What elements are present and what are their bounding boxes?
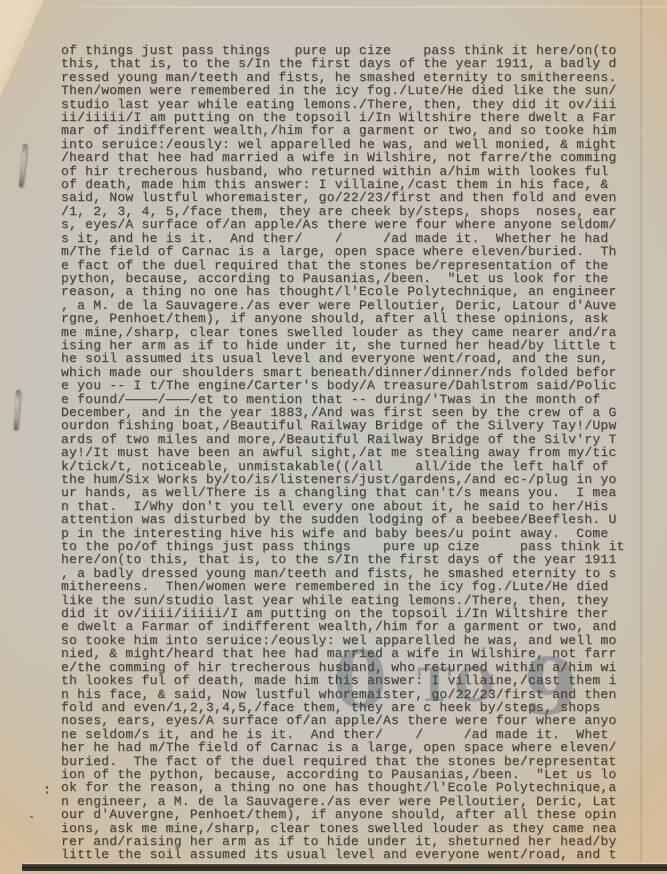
ink-speck [46, 786, 48, 789]
paper-crease [639, 0, 643, 862]
staple-icon [19, 144, 27, 187]
ink-speck [30, 816, 33, 818]
paper-top-edge [30, 6, 667, 8]
page-bottom-edge-shadow [22, 864, 667, 871]
staple-icon [14, 390, 21, 430]
typewritten-text: of things just pass things pure up cize … [61, 44, 625, 862]
corner-fold [0, 0, 44, 98]
scanned-page: 0 TO 9 of things just pass things pure u… [0, 0, 667, 874]
